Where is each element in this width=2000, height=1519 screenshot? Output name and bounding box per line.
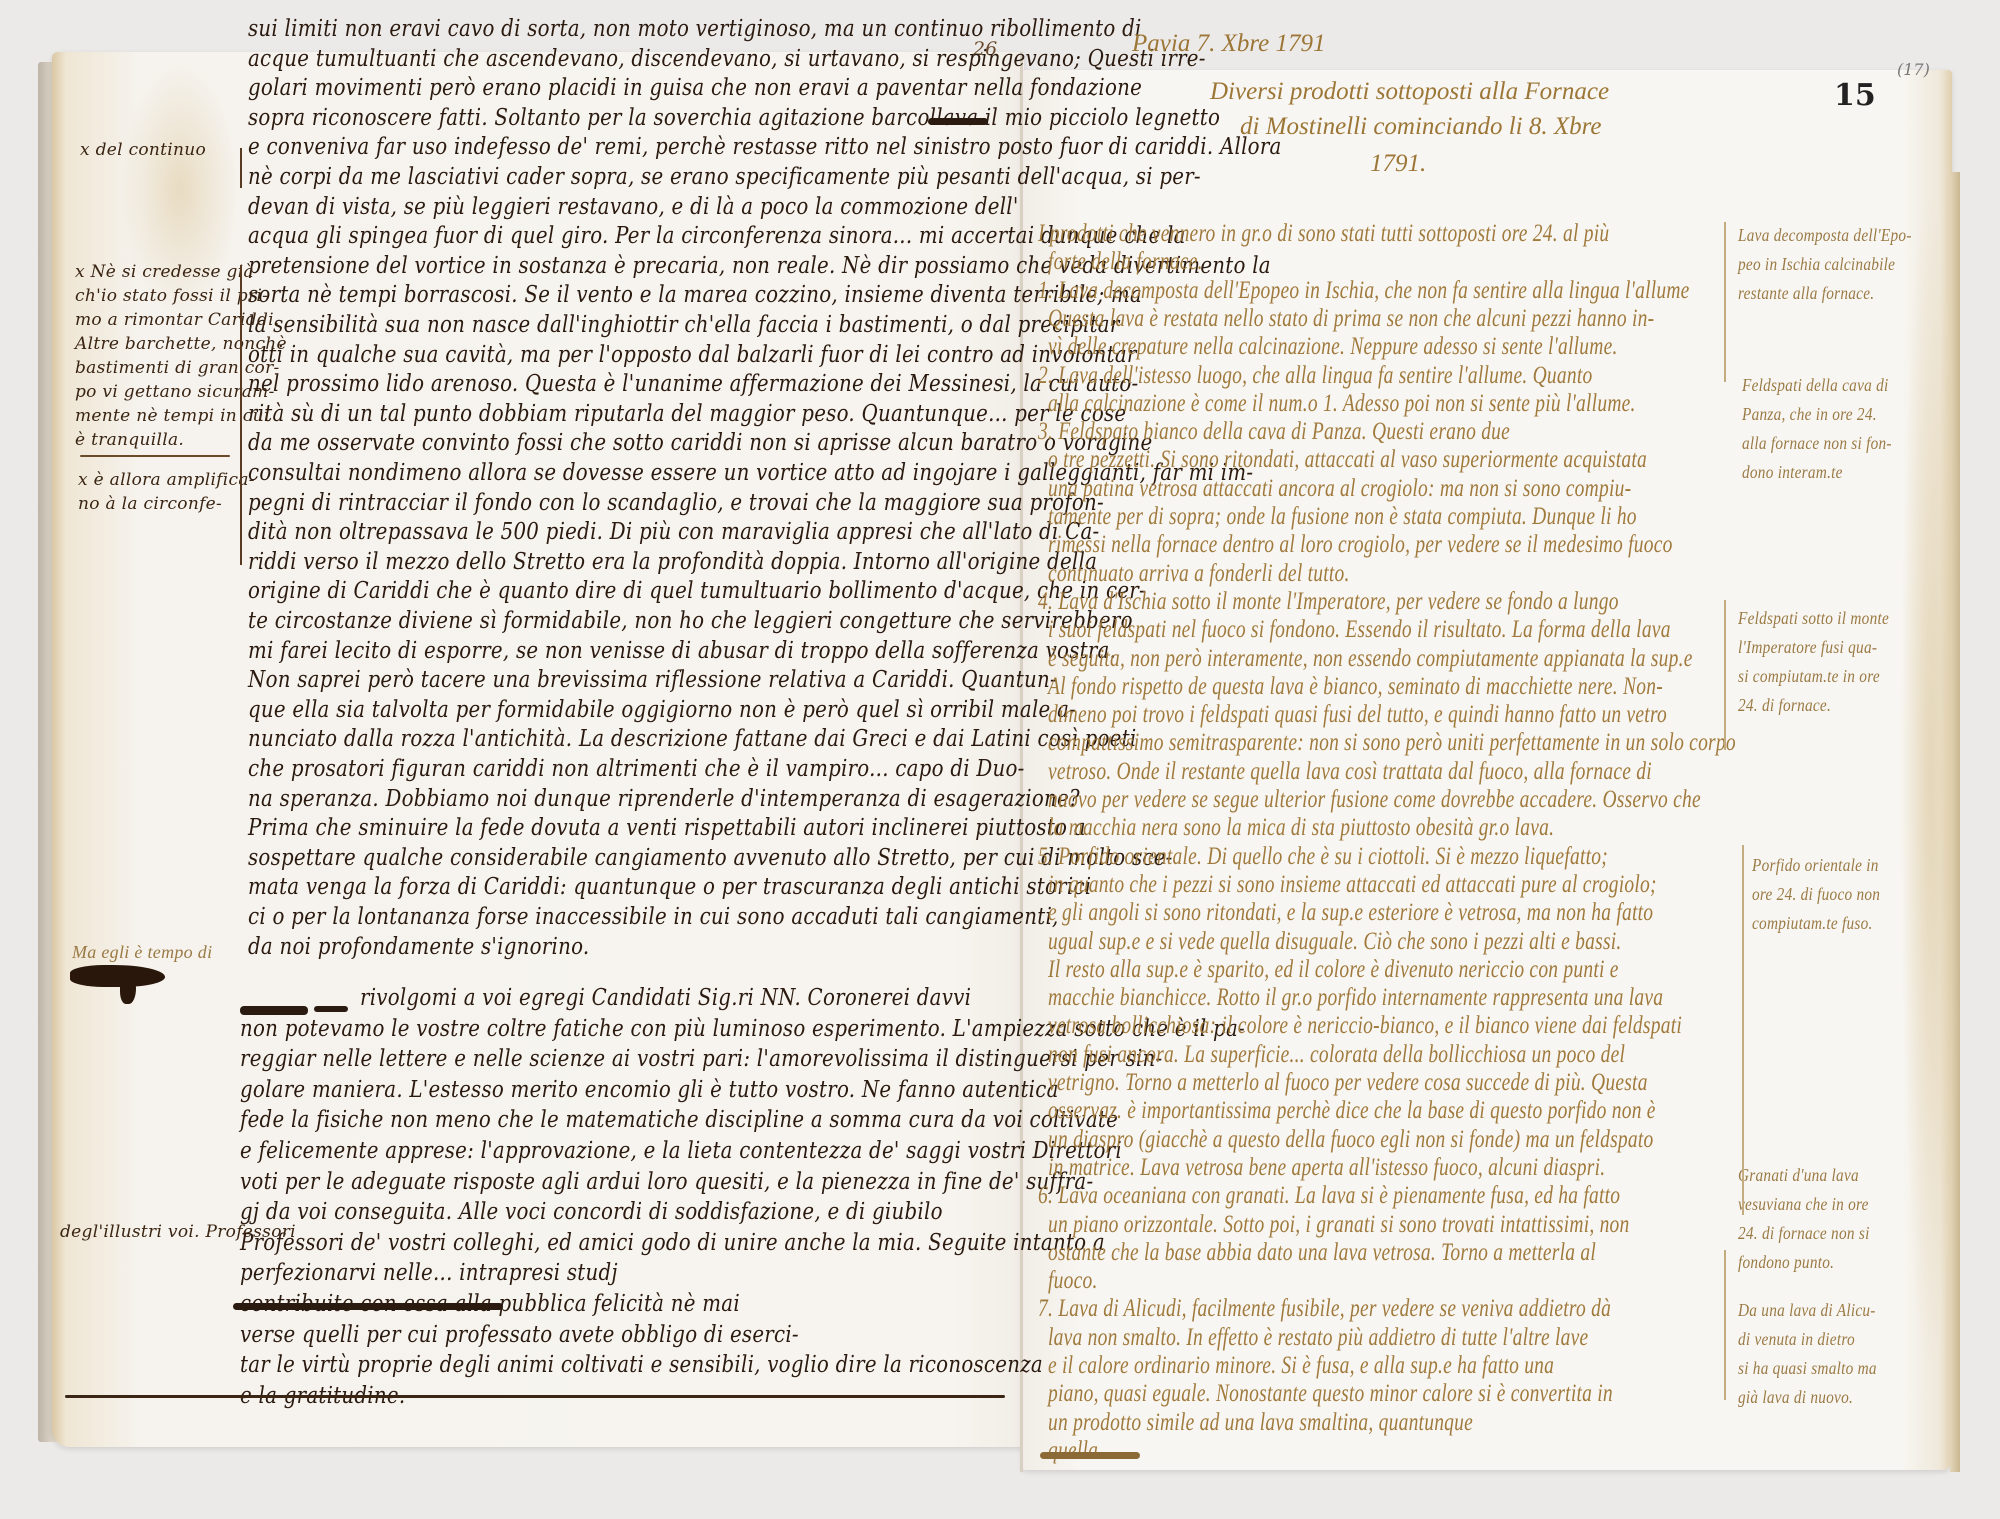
body-line: rimessi nella fornace dentro al loro cro… bbox=[1048, 531, 1673, 559]
body-line: verse quelli per cui professato avete ob… bbox=[240, 1322, 799, 1348]
folio-number: 15 bbox=[1834, 78, 1876, 113]
body-line: rivolgomi a voi egregi Candidati Sig.ri … bbox=[360, 985, 971, 1011]
margin-bracket-line bbox=[240, 265, 242, 565]
margin-note-line: Lava decomposta dell'Epo- bbox=[1738, 225, 1912, 246]
margin-bracket-line bbox=[1724, 600, 1726, 750]
margin-note-line: bastimenti di gran cor- bbox=[75, 358, 280, 378]
date-line: Pavia 7. Xbre 1791 bbox=[1132, 30, 1325, 58]
body-line: riddi verso il mezzo dello Stretto era l… bbox=[248, 549, 1097, 575]
margin-note-line: già lava di nuovo. bbox=[1738, 1387, 1853, 1408]
body-line: que ella sia talvolta per formidabile og… bbox=[248, 697, 1076, 723]
strikethrough bbox=[928, 118, 988, 125]
body-line: 3. Feldspato bianco della cava di Panza.… bbox=[1038, 418, 1510, 446]
body-line: ugual sup.e e si vede quella disuguale. … bbox=[1048, 928, 1622, 956]
margin-note-line: Ma egli è tempo di bbox=[72, 942, 212, 963]
margin-note-line: Feldspati sotto il monte bbox=[1738, 608, 1889, 629]
body-line: vì delle crepature nella calcinazione. N… bbox=[1048, 333, 1618, 361]
body-line: origine di Cariddi che è quanto dire di … bbox=[248, 578, 1146, 604]
margin-note-line: po vi gettano sicuram- bbox=[75, 382, 275, 402]
margin-note-line: 24. di fornace non si bbox=[1738, 1223, 1870, 1244]
body-line: na speranza. Dobbiamo noi dunque riprend… bbox=[248, 786, 1080, 812]
body-line: voti per le adeguate risposte agli ardui… bbox=[240, 1169, 1093, 1195]
margin-note-line: è tranquilla. bbox=[75, 430, 184, 450]
margin-note-line: mo a rimontar Cariddi. bbox=[75, 310, 280, 330]
body-line: non fusi ancora. La superficie... colora… bbox=[1048, 1041, 1625, 1069]
margin-bracket-line bbox=[240, 148, 242, 188]
body-line: I prodotti che vennero in gr.o di sono s… bbox=[1038, 220, 1609, 248]
body-line: un piano orizzontale. Sotto poi, i grana… bbox=[1048, 1211, 1630, 1239]
margin-note-line: si ha quasi smalto ma bbox=[1738, 1358, 1877, 1379]
body-line: 2. Lava dell'istesso luogo, che alla lin… bbox=[1038, 362, 1592, 390]
body-line: ci o per la lontananza forse inaccessibi… bbox=[248, 904, 1059, 930]
body-line: vetrigno. Torno a metterlo al fuoco per … bbox=[1048, 1069, 1648, 1097]
body-line: macchie bianchicce. Rotto il gr.o porfid… bbox=[1048, 984, 1663, 1012]
margin-bracket-line bbox=[1742, 845, 1744, 1215]
body-line: reggiar nelle lettere e nelle scienze ai… bbox=[240, 1046, 1162, 1072]
body-line: la macchia nera sono la mica di sta piut… bbox=[1048, 814, 1554, 842]
body-line: rità sù di un tal punto dobbiam riputarl… bbox=[248, 401, 1126, 427]
body-line: otti in qualche sua cavità, ma per l'opp… bbox=[248, 342, 1137, 368]
body-line: ostante che la base abbia dato una lava … bbox=[1048, 1239, 1596, 1267]
body-line: perfezionarvi nelle... intrapresi studj bbox=[240, 1260, 618, 1286]
body-line: continuato arriva a fonderli del tutto. bbox=[1048, 560, 1350, 588]
strikethrough bbox=[1040, 1452, 1140, 1459]
body-line: la sensibilità sua non nasce dall'inghio… bbox=[248, 312, 1120, 338]
body-line: dimeno poi trovo i feldspati quasi fusi … bbox=[1048, 701, 1667, 729]
body-line: 4. Lava d'Ischia sotto il monte l'Impera… bbox=[1038, 588, 1619, 616]
body-line: lava non smalto. In effetto è restato pi… bbox=[1048, 1324, 1588, 1352]
body-line: nuovo per vedere se segue ulterior fusio… bbox=[1048, 786, 1701, 814]
body-line: da noi profondamente s'ignorino. bbox=[248, 934, 589, 960]
margin-note-line: Feldspati della cava di bbox=[1742, 375, 1889, 396]
body-line: nunciato dalla rozza l'antichità. La des… bbox=[248, 726, 1136, 752]
body-line: alla calcinazione è come il num.o 1. Ade… bbox=[1048, 390, 1636, 418]
body-line: fede la fisiche non meno che le matemati… bbox=[240, 1107, 1118, 1133]
paper-stain bbox=[1900, 180, 1960, 1380]
body-line: e gli angoli si sono ritondati, e la sup… bbox=[1048, 899, 1653, 927]
body-line: che prosatori figuran cariddi non altrim… bbox=[248, 756, 1025, 782]
margin-note-line: fondono punto. bbox=[1738, 1252, 1834, 1273]
margin-note-line: compiutam.te fuso. bbox=[1752, 913, 1873, 934]
body-line: mata venga la forza di Cariddi: quantunq… bbox=[248, 874, 1091, 900]
margin-note-line: di venuta in dietro bbox=[1738, 1329, 1855, 1350]
body-line: osservaz. è importantissima perchè dice … bbox=[1048, 1097, 1656, 1125]
body-line: o tre pezzetti. Si sono ritondati, attac… bbox=[1048, 446, 1647, 474]
margin-divider bbox=[80, 455, 230, 457]
body-line: vetroso. Onde il restante quella lava co… bbox=[1048, 758, 1652, 786]
body-line: 1. Lava decomposta dell'Epopeo in Ischia… bbox=[1038, 277, 1690, 305]
body-line: forte della fornace. bbox=[1048, 248, 1203, 276]
margin-note-line: Da una lava di Alicu- bbox=[1738, 1300, 1876, 1321]
margin-note-line: Altre barchette, nonchè bbox=[75, 334, 287, 354]
margin-note-line: vesuviana che in ore bbox=[1738, 1194, 1869, 1215]
body-line: te circostanze diviene sì formidabile, n… bbox=[248, 608, 1133, 634]
margin-note-line: si compiutam.te in ore bbox=[1738, 666, 1880, 687]
body-line: i suoi feldspati nel fuoco si fondono. E… bbox=[1048, 616, 1671, 644]
margin-note-line: Porfido orientale in bbox=[1752, 855, 1879, 876]
body-line: nè corpi da me lasciativi cader sopra, s… bbox=[248, 164, 1201, 190]
strikethrough bbox=[314, 1006, 348, 1012]
body-line: golare maniera. L'estesso merito encomio… bbox=[240, 1077, 1059, 1103]
ink-blot bbox=[120, 970, 136, 1004]
margin-note-line: restante alla fornace. bbox=[1738, 283, 1874, 304]
body-line: in quanto che i pezzi si sono insieme at… bbox=[1048, 871, 1657, 899]
body-line: acque tumultuanti che ascendevano, disce… bbox=[248, 46, 1206, 72]
body-line: 5. Porfido orientale. Di quello che è su… bbox=[1038, 843, 1608, 871]
body-line: è seguita, non però interamente, non ess… bbox=[1048, 645, 1693, 673]
body-line: un prodotto simile ad una lava smaltina,… bbox=[1048, 1409, 1473, 1437]
margin-bracket-line bbox=[1724, 1250, 1726, 1400]
body-line: tamente per di sopra; onde la fusione no… bbox=[1048, 503, 1637, 531]
end-rule bbox=[65, 1395, 1005, 1398]
heading-title-line-1: Diversi prodotti sottoposti alla Fornace bbox=[1210, 78, 1609, 106]
margin-note-line: Panza, che in ore 24. bbox=[1742, 404, 1877, 425]
body-line: una patina vetrosa attaccati ancora al c… bbox=[1048, 475, 1631, 503]
body-line: Non saprei però tacere una brevissima ri… bbox=[248, 667, 1057, 693]
margin-note-line: x è allora amplifica- bbox=[78, 470, 255, 490]
body-line: Il resto alla sup.e è sparito, ed il col… bbox=[1048, 956, 1619, 984]
margin-note-line: Granati d'una lava bbox=[1738, 1165, 1859, 1186]
margin-note-line: dono interam.te bbox=[1742, 462, 1843, 483]
margin-note-line: x del continuo bbox=[80, 140, 206, 160]
body-line: Prima che sminuire la fede dovuta a vent… bbox=[248, 815, 1086, 841]
body-line: tar le virtù proprie degli animi coltiva… bbox=[240, 1352, 1043, 1378]
body-line: e conveniva far uso indefesso de' remi, … bbox=[248, 134, 1282, 160]
body-line: compattissimo semitrasparente: non si so… bbox=[1048, 729, 1736, 757]
body-line: e il calore ordinario minore. Si è fusa,… bbox=[1048, 1352, 1554, 1380]
body-line: in matrice. Lava vetrosa bene aperta all… bbox=[1048, 1154, 1605, 1182]
body-line: un diaspro (giacchè a questo della fuoco… bbox=[1048, 1126, 1654, 1154]
margin-note-line: alla fornace non si fon- bbox=[1742, 433, 1892, 454]
body-line: e felicemente apprese: l'approvazione, e… bbox=[240, 1138, 1122, 1164]
body-line: dità non oltrepassava le 500 piedi. Di p… bbox=[248, 519, 1099, 545]
body-line: piano, quasi eguale. Nonostante questo m… bbox=[1048, 1380, 1613, 1408]
strikethrough bbox=[233, 1303, 503, 1310]
body-line: nel prossimo lido arenoso. Questa è l'un… bbox=[248, 371, 1138, 397]
margin-note-line: peo in Ischia calcinabile bbox=[1738, 254, 1895, 275]
body-line: golari movimenti però erano placidi in g… bbox=[248, 75, 1142, 101]
body-line: mi farei lecito di esporre, se non venis… bbox=[248, 638, 1116, 664]
body-line: da me osservate convinto fossi che sotto… bbox=[248, 430, 1152, 456]
margin-note-line: x Nè si credesse già bbox=[75, 262, 254, 282]
margin-note-line: 24. di fornace. bbox=[1738, 695, 1831, 716]
margin-bracket-line bbox=[1724, 222, 1726, 382]
pencil-number: (17) bbox=[1897, 60, 1930, 79]
margin-note-line: ore 24. di fuoco non bbox=[1752, 884, 1880, 905]
margin-note-line: degl'illustri voi. Professori bbox=[60, 1222, 296, 1242]
margin-note-line: l'Imperatore fusi qua- bbox=[1738, 637, 1877, 658]
body-line: vetrosa bollicchiosa: il colore è nericc… bbox=[1048, 1012, 1682, 1040]
body-line: quella bbox=[1048, 1437, 1098, 1465]
body-line: sorta nè tempi borrascosi. Se il vento e… bbox=[248, 282, 1142, 308]
body-line: pegni di rintracciar il fondo con lo sca… bbox=[248, 490, 1104, 516]
heading-title-line-3: 1791. bbox=[1370, 150, 1426, 178]
body-line: 6. Lava oceaniana con granati. La lava s… bbox=[1038, 1182, 1620, 1210]
margin-note-line: no à la circonfe- bbox=[78, 494, 222, 514]
body-line: sospettare qualche considerabile cangiam… bbox=[248, 845, 1173, 871]
body-line: sui limiti non eravi cavo di sorta, non … bbox=[248, 16, 1142, 42]
body-line: sopra riconoscere fatti. Soltanto per la… bbox=[248, 105, 1220, 131]
body-line: fuoco. bbox=[1048, 1267, 1098, 1295]
body-line: Al fondo rispetto de questa lava è bianc… bbox=[1048, 673, 1663, 701]
body-line: devan di vista, se più leggieri restavan… bbox=[248, 194, 1019, 220]
ink-blot bbox=[70, 965, 165, 987]
heading-title-line-2: di Mostinelli cominciando li 8. Xbre bbox=[1240, 113, 1602, 141]
strikethrough bbox=[240, 1006, 308, 1015]
body-line: gj da voi conseguita. Alle voci concordi… bbox=[240, 1199, 943, 1225]
body-line: 7. Lava di Alicudi, facilmente fusibile,… bbox=[1038, 1295, 1611, 1323]
body-line: Professori de' vostri colleghi, ed amici… bbox=[240, 1230, 1105, 1256]
body-line: Questa lava è restata nello stato di pri… bbox=[1048, 305, 1654, 333]
